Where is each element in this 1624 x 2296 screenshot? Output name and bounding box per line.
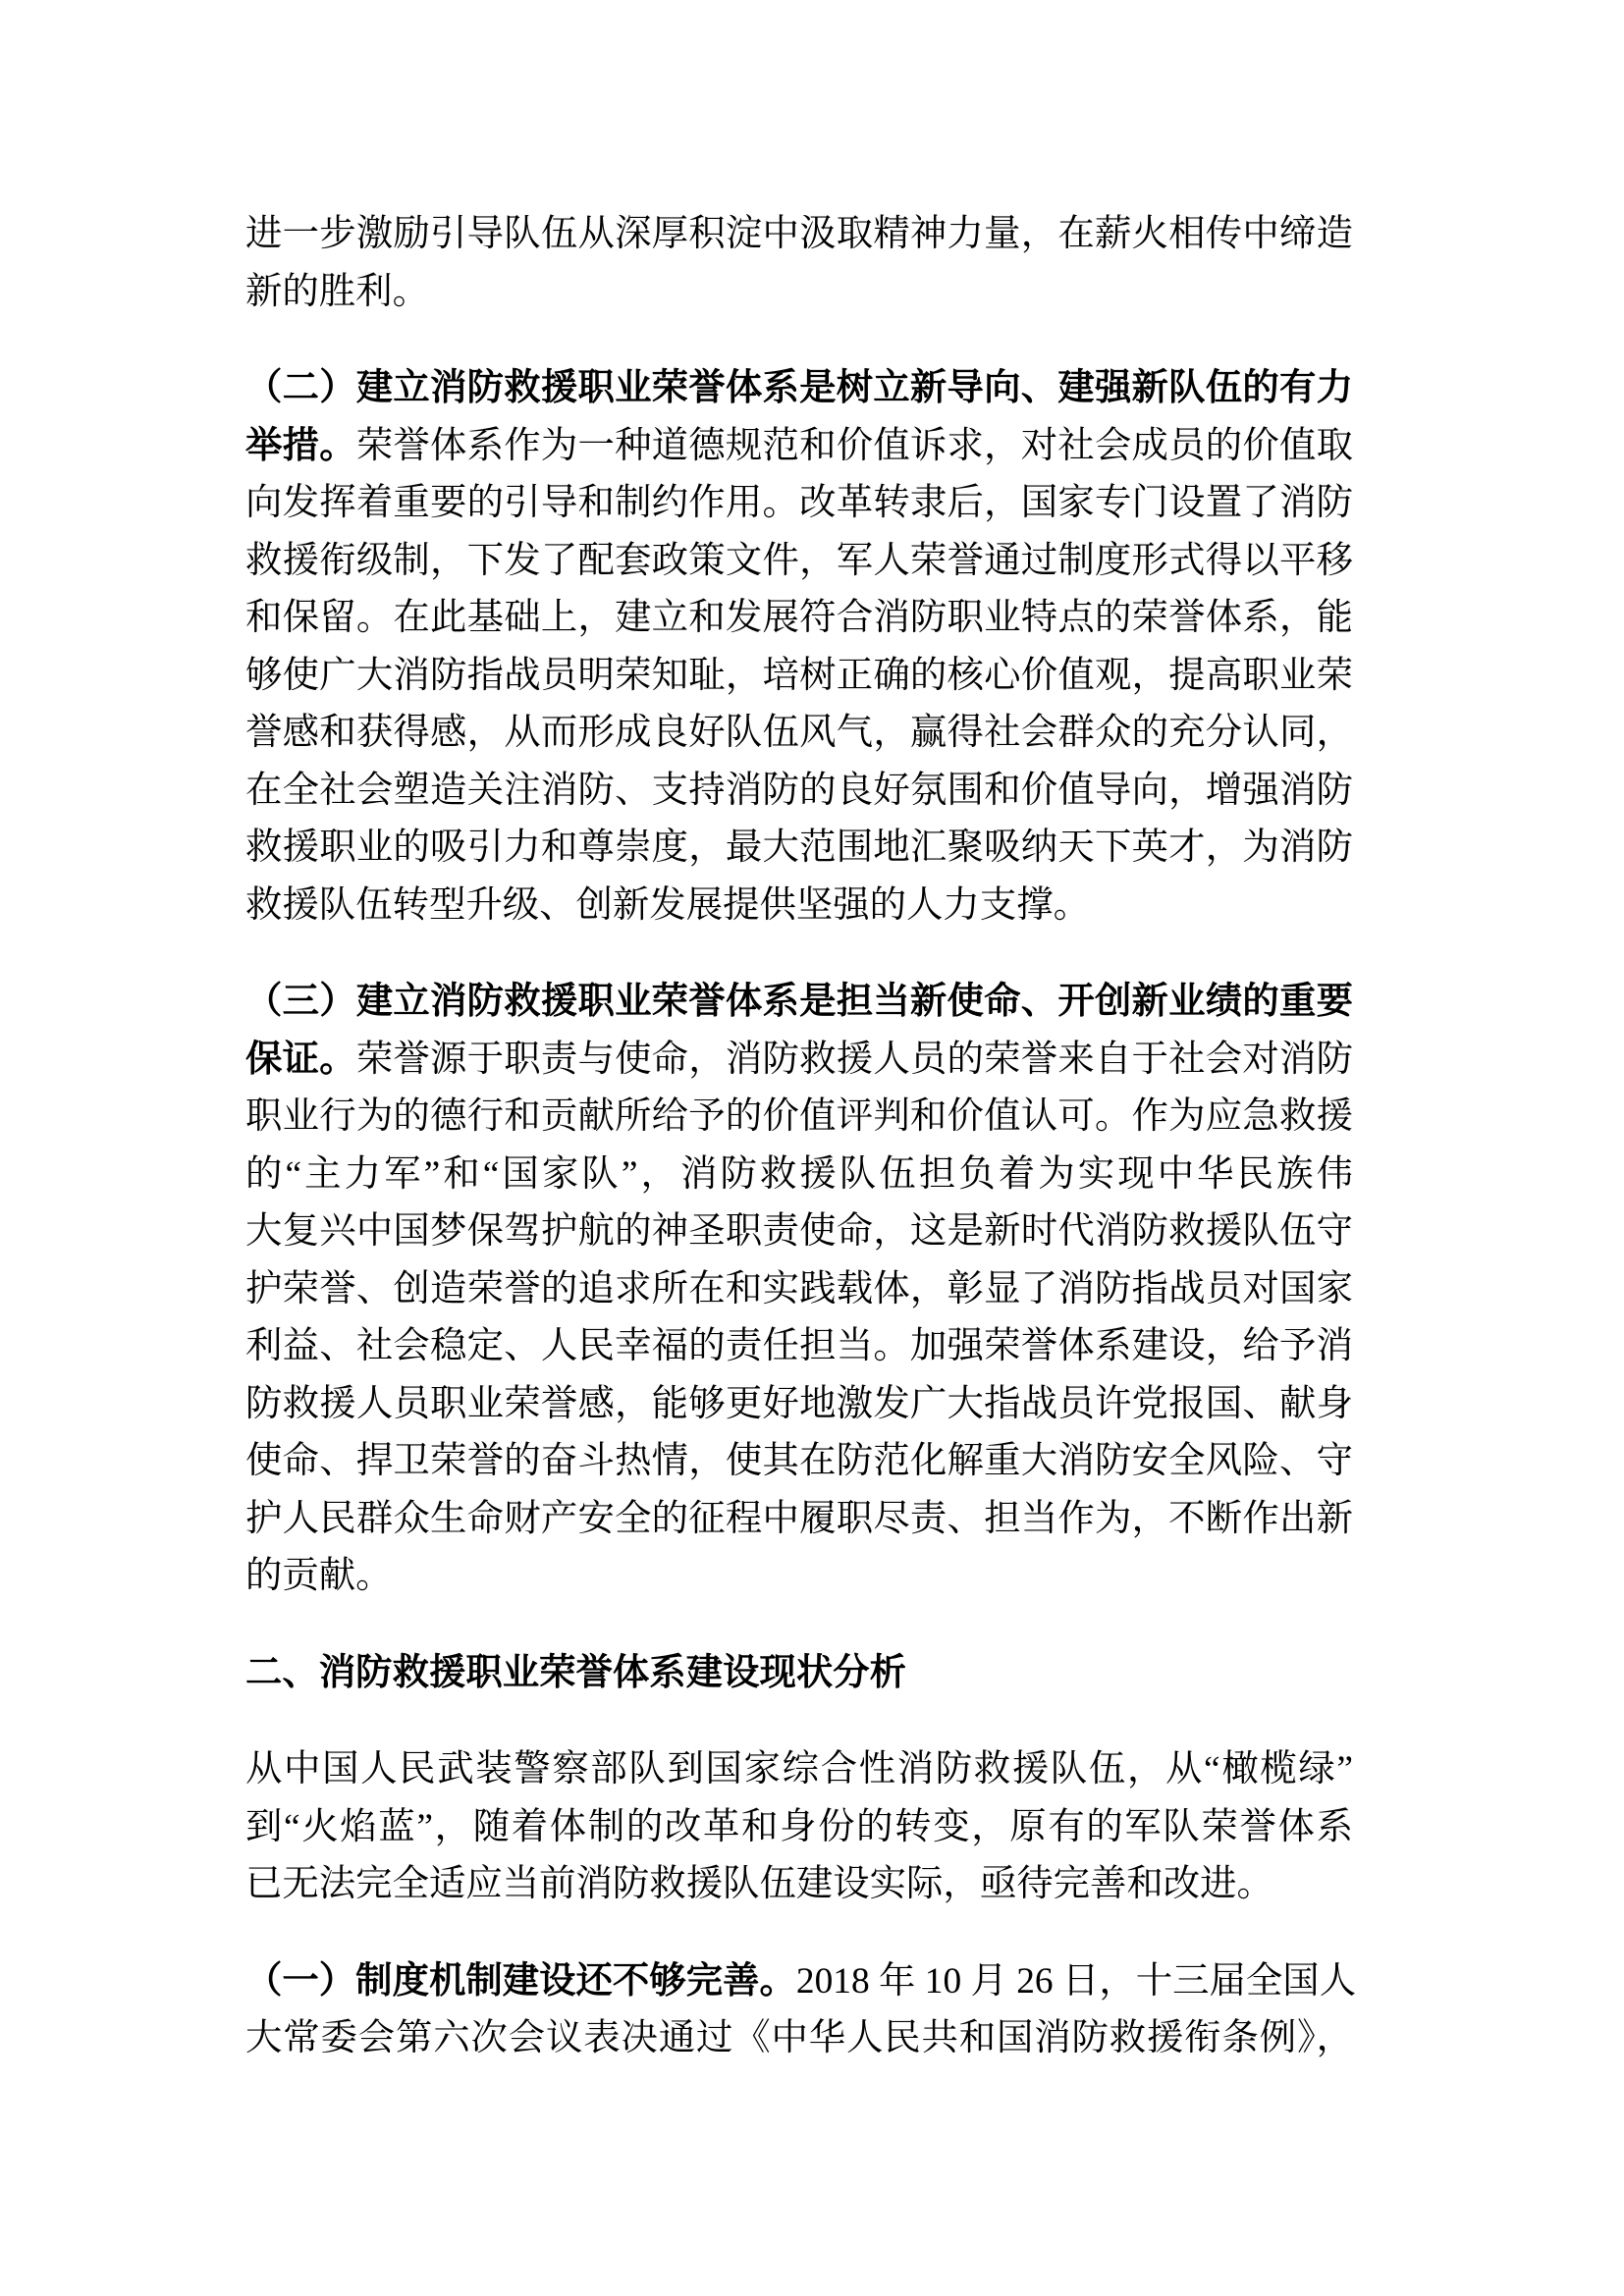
document-body: 进一步激励引导队伍从深厚积淀中汲取精神力量，在薪火相传中缔造新的胜利。（二）建立… <box>245 206 1353 2108</box>
text-line: 和保留。在此基础上，建立和发展符合消防职业特点的荣誉体系，能 <box>245 590 1353 648</box>
text-segment: 已无法完全适应当前消防救援队伍建设实际，亟待完善和改进。 <box>245 1864 1273 1904</box>
text-segment: 大复兴中国梦保驾护航的神圣职责使命，这是新时代消防救援队伍守 <box>245 1211 1353 1252</box>
text-line: 利益、社会稳定、人民幸福的责任担当。加强荣誉体系建设，给予消 <box>245 1318 1353 1376</box>
text-segment: 的贡献。 <box>245 1556 393 1596</box>
bold-text-segment: 保证。 <box>245 1040 356 1080</box>
text-segment: 使命、捍卫荣誉的奋斗热情，使其在防范化解重大消防安全风险、守 <box>245 1441 1353 1481</box>
text-line: 护荣誉、创造荣誉的追求所在和实践载体，彰显了消防指战员对国家 <box>245 1261 1353 1319</box>
text-segment: 护荣誉、创造荣誉的追求所在和实践载体，彰显了消防指战员对国家 <box>245 1269 1353 1309</box>
text-segment: 护人民群众生命财产安全的征程中履职尽责、担当作为，不断作出新 <box>245 1499 1353 1539</box>
text-line: 的“主力军”和“国家队”，消防救援队伍担负着为实现中华民族伟 <box>245 1147 1353 1204</box>
bold-text-segment: （一）制度机制建设还不够完善。 <box>245 1961 796 2002</box>
text-segment: 到“火焰蓝”，随着体制的改革和身份的转变，原有的军队荣誉体系 <box>245 1807 1353 1847</box>
text-line: （三）建立消防救援职业荣誉体系是担当新使命、开创新业绩的重要 <box>245 974 1353 1032</box>
text-line: 的贡献。 <box>245 1548 1353 1606</box>
bold-text-segment: 二、消防救援职业荣誉体系建设现状分析 <box>245 1653 906 1693</box>
text-line: 救援队伍转型升级、创新发展提供坚强的人力支撑。 <box>245 878 1353 935</box>
text-segment: 荣誉体系作为一种道德规范和价值诉求，对社会成员的价值取 <box>356 426 1353 466</box>
text-segment: 防救援人员职业荣誉感，能够更好地激发广大指战员许党报国、献身 <box>245 1384 1353 1424</box>
section-heading-2: 二、消防救援职业荣誉体系建设现状分析 <box>245 1645 1353 1703</box>
text-line: 护人民群众生命财产安全的征程中履职尽责、担当作为，不断作出新 <box>245 1491 1353 1549</box>
bold-text-segment: （三）建立消防救援职业荣誉体系是担当新使命、开创新业绩的重要 <box>245 982 1353 1022</box>
text-segment: 救援队伍转型升级、创新发展提供坚强的人力支撑。 <box>245 885 1090 926</box>
paragraph-continuation: 进一步激励引导队伍从深厚积淀中汲取精神力量，在薪火相传中缔造新的胜利。 <box>245 206 1353 321</box>
paragraph-point-1-institutional: （一）制度机制建设还不够完善。2018 年 10 月 26 日，十三届全国人大常… <box>245 1953 1353 2068</box>
text-line: 救援衔级制，下发了配套政策文件，军人荣誉通过制度形式得以平移 <box>245 533 1353 591</box>
text-line: 举措。荣誉体系作为一种道德规范和价值诉求，对社会成员的价值取 <box>245 418 1353 476</box>
text-line: 够使广大消防指战员明荣知耻，培树正确的核心价值观，提高职业荣 <box>245 648 1353 706</box>
bold-text-segment: 举措。 <box>245 426 356 466</box>
text-line: 大常委会第六次会议表决通过《中华人民共和国消防救援衔条例》， <box>245 2010 1353 2068</box>
text-line: 已无法完全适应当前消防救援队伍建设实际，亟待完善和改进。 <box>245 1856 1353 1914</box>
text-line: 新的胜利。 <box>245 264 1353 322</box>
text-segment: 利益、社会稳定、人民幸福的责任担当。加强荣誉体系建设，给予消 <box>245 1326 1353 1366</box>
text-line: （一）制度机制建设还不够完善。2018 年 10 月 26 日，十三届全国人 <box>245 1953 1353 2011</box>
text-segment: 向发挥着重要的引导和制约作用。改革转隶后，国家专门设置了消防 <box>245 483 1353 523</box>
text-segment: 职业行为的德行和贡献所给予的价值评判和价值认可。作为应急救援 <box>245 1096 1353 1137</box>
text-line: 防救援人员职业荣誉感，能够更好地激发广大指战员许党报国、献身 <box>245 1376 1353 1434</box>
text-line: 救援职业的吸引力和尊崇度，最大范围地汇聚吸纳天下英才，为消防 <box>245 820 1353 878</box>
text-line: 进一步激励引导队伍从深厚积淀中汲取精神力量，在薪火相传中缔造 <box>245 206 1353 264</box>
text-line: 在全社会塑造关注消防、支持消防的良好氛围和价值导向，增强消防 <box>245 763 1353 821</box>
text-line: 使命、捍卫荣誉的奋斗热情，使其在防范化解重大消防安全风险、守 <box>245 1433 1353 1491</box>
text-segment: 誉感和获得感，从而形成良好队伍风气，赢得社会群众的充分认同， <box>245 713 1353 753</box>
text-segment: 救援衔级制，下发了配套政策文件，军人荣誉通过制度形式得以平移 <box>245 541 1353 581</box>
text-segment: 在全社会塑造关注消防、支持消防的良好氛围和价值导向，增强消防 <box>245 771 1353 811</box>
text-segment: 和保留。在此基础上，建立和发展符合消防职业特点的荣誉体系，能 <box>245 598 1353 638</box>
text-segment: 的“主力军”和“国家队”，消防救援队伍担负着为实现中华民族伟 <box>245 1154 1353 1195</box>
text-line: （二）建立消防救援职业荣誉体系是树立新导向、建强新队伍的有力 <box>245 360 1353 418</box>
paragraph-point-3: （三）建立消防救援职业荣誉体系是担当新使命、开创新业绩的重要保证。荣誉源于职责与… <box>245 974 1353 1606</box>
bold-text-segment: （二）建立消防救援职业荣誉体系是树立新导向、建强新队伍的有力 <box>245 368 1353 408</box>
text-line: 从中国人民武装警察部队到国家综合性消防救援队伍，从“橄榄绿” <box>245 1741 1353 1799</box>
text-segment: 新的胜利。 <box>245 272 429 312</box>
text-segment: 够使广大消防指战员明荣知耻，培树正确的核心价值观，提高职业荣 <box>245 656 1353 696</box>
page: 进一步激励引导队伍从深厚积淀中汲取精神力量，在薪火相传中缔造新的胜利。（二）建立… <box>0 0 1624 2296</box>
text-segment: 进一步激励引导队伍从深厚积淀中汲取精神力量，在薪火相传中缔造 <box>245 214 1353 254</box>
paragraph-status-intro: 从中国人民武装警察部队到国家综合性消防救援队伍，从“橄榄绿”到“火焰蓝”，随着体… <box>245 1741 1353 1914</box>
text-line: 向发挥着重要的引导和制约作用。改革转隶后，国家专门设置了消防 <box>245 475 1353 533</box>
text-line: 职业行为的德行和贡献所给予的价值评判和价值认可。作为应急救援 <box>245 1089 1353 1147</box>
text-line: 到“火焰蓝”，随着体制的改革和身份的转变，原有的军队荣誉体系 <box>245 1799 1353 1857</box>
text-segment: 从中国人民武装警察部队到国家综合性消防救援队伍，从“橄榄绿” <box>245 1749 1353 1789</box>
text-segment: 救援职业的吸引力和尊崇度，最大范围地汇聚吸纳天下英才，为消防 <box>245 828 1353 868</box>
paragraph-point-2: （二）建立消防救援职业荣誉体系是树立新导向、建强新队伍的有力举措。荣誉体系作为一… <box>245 360 1353 934</box>
text-line: 二、消防救援职业荣誉体系建设现状分析 <box>245 1645 1353 1703</box>
text-line: 誉感和获得感，从而形成良好队伍风气，赢得社会群众的充分认同， <box>245 705 1353 763</box>
text-segment: 大常委会第六次会议表决通过《中华人民共和国消防救援衔条例》， <box>245 2018 1353 2058</box>
text-segment: 2018 年 10 月 26 日，十三届全国人 <box>796 1961 1356 2002</box>
text-segment: 荣誉源于职责与使命，消防救援人员的荣誉来自于社会对消防 <box>356 1040 1353 1080</box>
text-line: 大复兴中国梦保驾护航的神圣职责使命，这是新时代消防救援队伍守 <box>245 1203 1353 1261</box>
text-line: 保证。荣誉源于职责与使命，消防救援人员的荣誉来自于社会对消防 <box>245 1032 1353 1090</box>
